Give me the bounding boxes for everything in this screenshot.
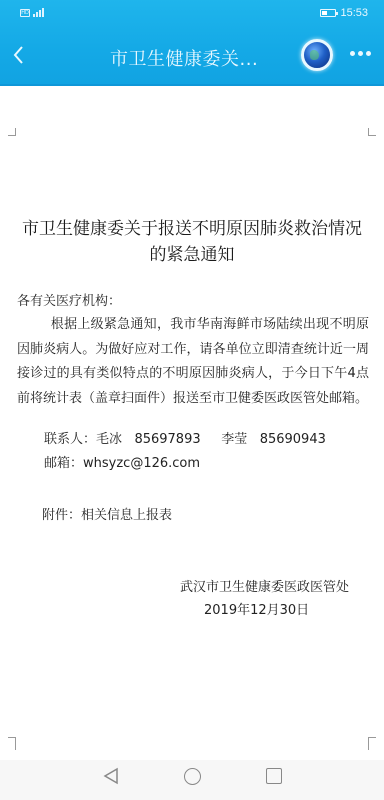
body-paragraph: 根据上级紧急通知，我市华南海鲜市场陆续出现不明原因肺炎病人。为做好应对工作，请各… (17, 313, 369, 411)
more-dot (358, 51, 363, 56)
nav-back-button[interactable] (102, 767, 120, 789)
attachment-value: 相关信息上报表 (81, 508, 172, 523)
contact-line: 联系人：毛冰 85697893 李莹 85690943 (44, 428, 326, 447)
page-title: 市卫生健康委关... (110, 45, 280, 71)
nav-recents-button[interactable] (266, 768, 282, 784)
attachment-line: 附件：相关信息上报表 (42, 504, 172, 523)
status-left: HD (20, 8, 44, 17)
contact-person-2: 李莹 (221, 432, 247, 447)
issuer: 武汉市卫生健康委医政医管处 (180, 576, 349, 595)
clock: 15:53 (340, 7, 368, 19)
contact-phone-2: 85690943 (260, 432, 326, 447)
more-dot (366, 51, 371, 56)
crop-mark-top-left (8, 128, 16, 136)
contact-person-1: 毛冰 (96, 432, 122, 447)
battery-icon (320, 9, 336, 17)
crop-mark-top-right (368, 128, 376, 136)
hd-icon: HD (20, 9, 30, 17)
salutation: 各有关医疗机构： (17, 290, 121, 309)
chevron-left-icon (8, 42, 30, 68)
attachment-label: 附件： (42, 508, 81, 523)
nav-home-button[interactable] (184, 768, 201, 785)
document-viewer[interactable]: 市卫生健康委关于报送不明原因肺炎救治情况的紧急通知 各有关医疗机构： 根据上级紧… (0, 88, 384, 750)
status-right: 15:53 (320, 7, 368, 19)
more-dot (350, 51, 355, 56)
email-label: 邮箱： (44, 456, 83, 471)
issue-date: 2019年12月30日 (204, 599, 309, 618)
contact-label: 联系人： (44, 432, 96, 447)
back-button[interactable] (8, 42, 30, 68)
crop-mark-bottom-left (8, 737, 16, 750)
contact-phone-1: 85697893 (134, 432, 200, 447)
signal-icon (33, 8, 44, 17)
triangle-back-icon (102, 767, 120, 785)
globe-icon[interactable] (301, 39, 333, 71)
app-header: HD 15:53 市卫生健康委关... (0, 0, 384, 86)
app-bar: 市卫生健康委关... (0, 36, 384, 76)
crop-mark-bottom-right (368, 737, 376, 750)
status-bar: HD 15:53 (0, 0, 384, 28)
email-line: 邮箱：whsyzc@126.com (44, 452, 200, 471)
email-value: whsyzc@126.com (83, 456, 200, 471)
system-nav-bar (0, 760, 384, 800)
more-button[interactable] (350, 51, 371, 56)
document-title: 市卫生健康委关于报送不明原因肺炎救治情况的紧急通知 (14, 216, 370, 268)
